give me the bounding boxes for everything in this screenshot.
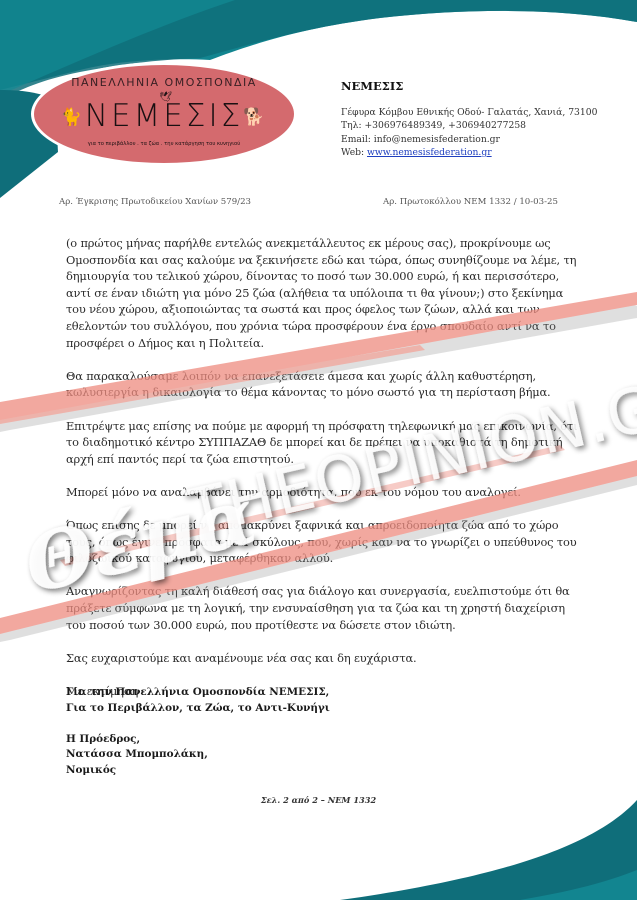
org-name: ΝΕΜΕΣΙΣ: [341, 80, 597, 94]
address: Γέφυρα Κόμβου Εθνικής Οδού- Γαλατάς, Χαν…: [341, 106, 597, 120]
logo-wordmark: 🐈ΝΕΜΕΣΙΣ🐕: [31, 98, 297, 136]
protocol-number: Αρ. Πρωτοκόλλου ΝΕΜ 1332 / 10-03-25: [383, 197, 558, 207]
email: info@nemesisfederation.gr: [374, 134, 500, 145]
signature-block: Για την Πανελλήνια Ομοσπονδία ΝΕΜΕΣΙΣ,Γι…: [66, 685, 330, 778]
page-info: Σελ. 2 από 2 – ΝΕΜ 1332: [261, 795, 376, 805]
phone: +306976489349, +306940277258: [364, 120, 526, 131]
contact-block: ΝΕΜΕΣΙΣ Γέφυρα Κόμβου Εθνικής Οδού- Γαλα…: [341, 80, 597, 160]
paragraph: Αναγνωρίζοντας τη καλή διάθεσή σας για δ…: [66, 583, 586, 633]
approval-number: Αρ. Έγκρισης Πρωτοδικείου Χανίων 579/23: [59, 197, 251, 207]
dog-icon: 🐕: [243, 108, 267, 128]
signature-title: Νομικός: [66, 763, 330, 779]
nemesis-logo: ΠΑΝΕΛΛΗΝΙΑ ΟΜΟΣΠΟΝΔΙΑ 🕊 🐈ΝΕΜΕΣΙΣ🐕 για το…: [31, 62, 297, 166]
paragraph: (ο πρώτος μήνας παρήλθε εντελώς ανεκμετά…: [66, 235, 586, 351]
signature-name: Νατάσσα Μπομπολάκη,: [66, 747, 330, 763]
paragraph: Θα παρακαλούσαμε λοιπόν να επανεξετάσειε…: [66, 368, 586, 401]
phone-line: Τηλ: +306976489349, +306940277258: [341, 119, 597, 133]
paragraph: Επιτρέψτε μας επίσης να πούμε με αφορμή …: [66, 418, 586, 468]
email-line: Email: info@nemesisfederation.gr: [341, 133, 597, 147]
paragraph: Σας ευχαριστούμε και αναμένουμε νέα σας …: [66, 650, 586, 667]
cat-icon: 🐈: [61, 108, 85, 128]
paragraph: Όπως επίσης δε μπορεί να απομακρύνει ξαφ…: [66, 517, 586, 567]
web-link[interactable]: www.nemesisfederation.gr: [367, 147, 492, 158]
logo-federation-text: ΠΑΝΕΛΛΗΝΙΑ ΟΜΟΣΠΟΝΔΙΑ: [31, 76, 297, 89]
signature-org: Για την Πανελλήνια Ομοσπονδία ΝΕΜΕΣΙΣ,Γι…: [66, 685, 330, 716]
page-footer: Σελ. 2 από 2 – ΝΕΜ 1332: [0, 795, 637, 805]
signature-role: Η Πρόεδρος,: [66, 732, 330, 748]
web-line: Web: www.nemesisfederation.gr: [341, 146, 597, 160]
logo-tagline: για το περιβάλλον . τα ζώα . την κατάργη…: [31, 141, 297, 147]
logo-name: ΝΕΜΕΣΙΣ: [85, 98, 243, 134]
paragraph: Μπορεί μόνο να αναλαμβάνει την αρμοδιότη…: [66, 484, 586, 501]
letter-body: (ο πρώτος μήνας παρήλθε εντελώς ανεκμετά…: [66, 235, 586, 716]
